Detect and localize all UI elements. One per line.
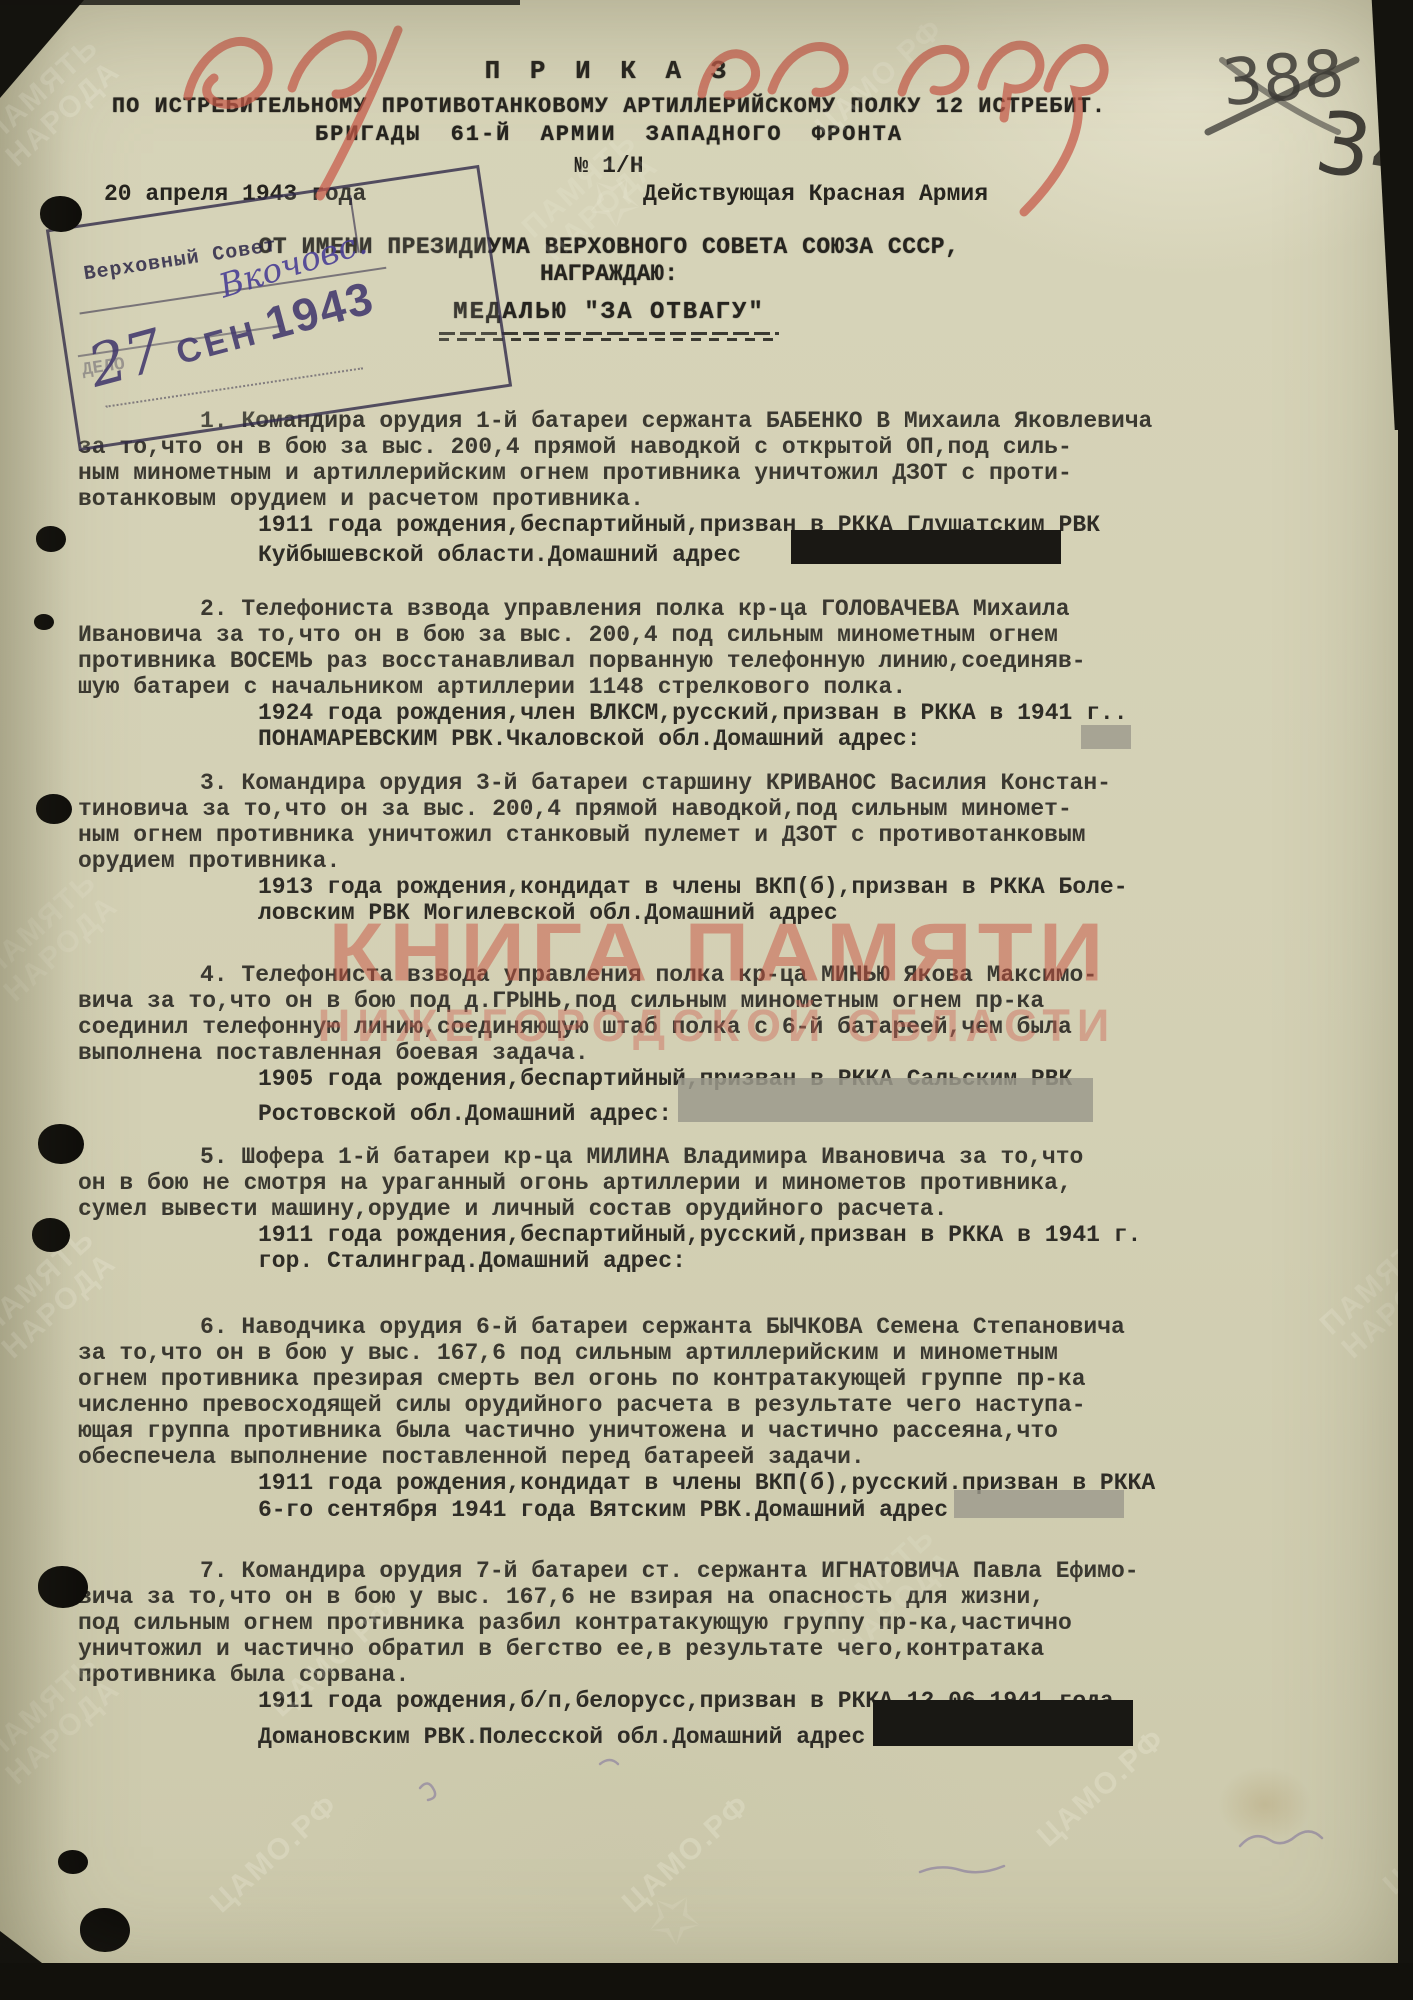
entry-1-citation-line-2: за то,что он в бою за выс. 200,4 прямой … xyxy=(78,434,1140,460)
redaction-bar xyxy=(954,1490,1124,1518)
redaction-bar xyxy=(1081,725,1131,749)
hole-punch xyxy=(38,1566,88,1608)
entry-3-bio: 1913 года рождения,кондидат в члены ВКП(… xyxy=(258,874,1140,926)
entry-5-citation-line-3: сумел вывести машину,орудие и личный сос… xyxy=(78,1196,1140,1222)
hole-punch xyxy=(40,196,82,232)
order-unit-line1: ПО ИСТРЕБИТЕЛЬНОМУ ПРОТИВОТАНКОВОМУ АРТИ… xyxy=(78,94,1140,120)
redaction-bar xyxy=(873,1700,1133,1746)
order-unit-line2: БРИГАДЫ 61-Й АРМИИ ЗАПАДНОГО ФРОНТА xyxy=(78,122,1140,148)
entry-2-citation: 2. Телефониста взвода управления полка к… xyxy=(78,596,1140,700)
entry-7-citation-line-5: противника была сорвана. xyxy=(78,1662,1140,1688)
entry-1-citation-line-3: ным минометным и артиллерийским огнем пр… xyxy=(78,460,1140,486)
entry-4-citation-line-1: 4. Телефониста взвода управления полка к… xyxy=(78,962,1140,988)
entry-7-citation-line-4: уничтожил и частично обратил в бегство е… xyxy=(78,1636,1140,1662)
bio-text: 6-го сентября 1941 года Вятским РВК.Дома… xyxy=(258,1497,948,1523)
bio-text: 1911 года рождения,беспартийный,русский,… xyxy=(258,1222,1141,1248)
entry-4-citation-line-3: соединил телефонную линию,соединяющую шт… xyxy=(78,1014,1140,1040)
entry-2-citation-line-2: Ивановича за то,что он в бою за выс. 200… xyxy=(78,622,1140,648)
entry-3-bio-line-1: 1913 года рождения,кондидат в члены ВКП(… xyxy=(258,874,1140,900)
entry-6: 6. Наводчика орудия 6-й батареи сержанта… xyxy=(78,1314,1140,1522)
hole-punch xyxy=(34,614,54,630)
hole-punch xyxy=(58,1850,88,1874)
paper-stain xyxy=(1200,1752,1330,1857)
entry-5-bio: 1911 года рождения,беспартийный,русский,… xyxy=(258,1222,1140,1274)
watermark-tile: ЦАМО.РФ xyxy=(205,1789,345,1920)
entry-1-citation-line-4: вотанковым орудием и расчетом противника… xyxy=(78,486,1140,512)
entry-3: 3. Командира орудия 3-й батареи старшину… xyxy=(78,770,1140,926)
entry-4-bio-line-2: Ростовской обл.Домашний адрес: xyxy=(258,1092,1140,1118)
entry-6-citation-line-6: обеспечела выполнение поставленной перед… xyxy=(78,1444,1140,1470)
entry-7-citation-line-3: под сильным огнем противника разбил конт… xyxy=(78,1610,1140,1636)
scan-edge-top xyxy=(0,0,520,5)
scanned-order-document: П Р И К А З ПО ИСТРЕБИТЕЛЬНОМУ ПРОТИВОТА… xyxy=(0,0,1413,2000)
entry-1: 1. Командира орудия 1-й батареи сержанта… xyxy=(78,408,1140,564)
entry-6-citation-line-4: численно превосходящей силы орудийного р… xyxy=(78,1392,1140,1418)
entry-7-citation: 7. Командира орудия 7-й батареи ст. серж… xyxy=(78,1558,1140,1688)
hole-punch xyxy=(36,526,66,552)
entry-4: 4. Телефониста взвода управления полка к… xyxy=(78,962,1140,1118)
entry-5: 5. Шофера 1-й батареи кр-ца МИЛИНА Влади… xyxy=(78,1144,1140,1274)
bio-text: гор. Сталинград.Домашний адрес: xyxy=(258,1248,686,1274)
bio-text: ПОНАМАРЕВСКИМ РВК.Чкаловской обл.Домашни… xyxy=(258,726,921,752)
bio-text: Куйбышевской области.Домашний адрес xyxy=(258,542,741,568)
entry-6-bio-line-2: 6-го сентября 1941 года Вятским РВК.Дома… xyxy=(258,1496,1140,1522)
watermark-tile: ЦАМО.РФ xyxy=(617,1789,757,1920)
redaction-bar xyxy=(791,530,1061,564)
army-label: Действующая Красная Армия xyxy=(643,180,988,208)
scan-edge-bottom-left xyxy=(0,1931,42,1963)
watermark-star: ✩ xyxy=(633,1877,718,1963)
scan-edge-right xyxy=(1398,0,1413,2000)
order-title: П Р И К А З xyxy=(78,56,1140,86)
entry-4-citation: 4. Телефониста взвода управления полка к… xyxy=(78,962,1140,1066)
entry-5-citation-line-2: он в бою не смотря на ураганный огонь ар… xyxy=(78,1170,1140,1196)
entry-6-citation-line-3: огнем противника презирая смерть вел ого… xyxy=(78,1366,1140,1392)
entry-5-bio-line-1: 1911 года рождения,беспартийный,русский,… xyxy=(258,1222,1140,1248)
hole-punch xyxy=(32,1218,70,1252)
bio-text: Ростовской обл.Домашний адрес: xyxy=(258,1101,672,1127)
entry-7-bio-line-2: Домановским РВК.Полесской обл.Домашний а… xyxy=(258,1714,1140,1740)
entry-6-citation: 6. Наводчика орудия 6-й батареи сержанта… xyxy=(78,1314,1140,1470)
hole-punch xyxy=(38,1124,84,1164)
entry-7-bio: 1911 года рождения,б/п,белорусс,призван … xyxy=(258,1688,1140,1740)
entry-3-bio-line-2: ловским РВК Могилевской обл.Домашний адр… xyxy=(258,900,1140,926)
entry-6-citation-line-5: ющая группа противника была частично уни… xyxy=(78,1418,1140,1444)
entry-2: 2. Телефониста взвода управления полка к… xyxy=(78,596,1140,752)
entry-3-citation: 3. Командира орудия 3-й батареи старшину… xyxy=(78,770,1140,874)
hole-punch xyxy=(80,1908,130,1952)
entry-2-citation-line-1: 2. Телефониста взвода управления полка к… xyxy=(78,596,1140,622)
entry-3-citation-line-2: тиновича за то,что он за выс. 200,4 прям… xyxy=(78,796,1140,822)
entry-4-bio: 1905 года рождения,беспартийный,призван … xyxy=(258,1066,1140,1118)
entry-2-citation-line-4: шую батареи с начальником артиллерии 114… xyxy=(78,674,1140,700)
entry-7-citation-line-1: 7. Командира орудия 7-й батареи ст. серж… xyxy=(78,1558,1140,1584)
ink-offset-squiggles xyxy=(420,1760,1322,1872)
bio-text: ловским РВК Могилевской обл.Домашний адр… xyxy=(258,900,838,926)
scan-edge-top-left xyxy=(0,0,84,98)
entry-5-bio-line-2: гор. Сталинград.Домашний адрес: xyxy=(258,1248,1140,1274)
entry-2-citation-line-3: противника ВОСЕМЬ раз восстанавливал пор… xyxy=(78,648,1140,674)
entry-3-citation-line-3: ным огнем противника уничтожил станковый… xyxy=(78,822,1140,848)
award-entries: 1. Командира орудия 1-й батареи сержанта… xyxy=(78,408,1140,1740)
bio-text: Домановским РВК.Полесской обл.Домашний а… xyxy=(258,1724,865,1750)
entry-2-bio: 1924 года рождения,член ВЛКСМ,русский,пр… xyxy=(258,700,1140,752)
entry-3-citation-line-1: 3. Командира орудия 3-й батареи старшину… xyxy=(78,770,1140,796)
bio-text: 1924 года рождения,член ВЛКСМ,русский,пр… xyxy=(258,700,1128,726)
entry-6-citation-line-2: за то,что он в бою у выс. 167,6 под силь… xyxy=(78,1340,1140,1366)
entry-2-bio-line-1: 1924 года рождения,член ВЛКСМ,русский,пр… xyxy=(258,700,1140,726)
hole-punch xyxy=(36,794,72,824)
entry-2-bio-line-2: ПОНАМАРЕВСКИМ РВК.Чкаловской обл.Домашни… xyxy=(258,726,1140,752)
entry-6-citation-line-1: 6. Наводчика орудия 6-й батареи сержанта… xyxy=(78,1314,1140,1340)
entry-5-citation: 5. Шофера 1-й батареи кр-ца МИЛИНА Влади… xyxy=(78,1144,1140,1222)
redaction-bar xyxy=(678,1078,1093,1122)
entry-4-citation-line-2: вича за то,что он в бою под д.ГРЫНЬ,под … xyxy=(78,988,1140,1014)
entry-1-bio-line-2: Куйбышевской области.Домашний адрес xyxy=(258,538,1140,564)
bio-text: 1913 года рождения,кондидат в члены ВКП(… xyxy=(258,874,1128,900)
entry-1-bio: 1911 года рождения,беспартийный,призван … xyxy=(258,512,1140,564)
entry-7-citation-line-2: вича за то,что он в бою у выс. 167,6 не … xyxy=(78,1584,1140,1610)
entry-7: 7. Командира орудия 7-й батареи ст. серж… xyxy=(78,1558,1140,1740)
entry-4-citation-line-4: выполнена поставленная боевая задача. xyxy=(78,1040,1140,1066)
entry-6-bio: 1911 года рождения,кондидат в члены ВКП(… xyxy=(258,1470,1140,1522)
entry-5-citation-line-1: 5. Шофера 1-й батареи кр-ца МИЛИНА Влади… xyxy=(78,1144,1140,1170)
scan-edge-bottom xyxy=(0,1963,1413,2000)
order-number: № 1/Н xyxy=(78,152,1140,180)
entry-3-citation-line-4: орудием противника. xyxy=(78,848,1140,874)
